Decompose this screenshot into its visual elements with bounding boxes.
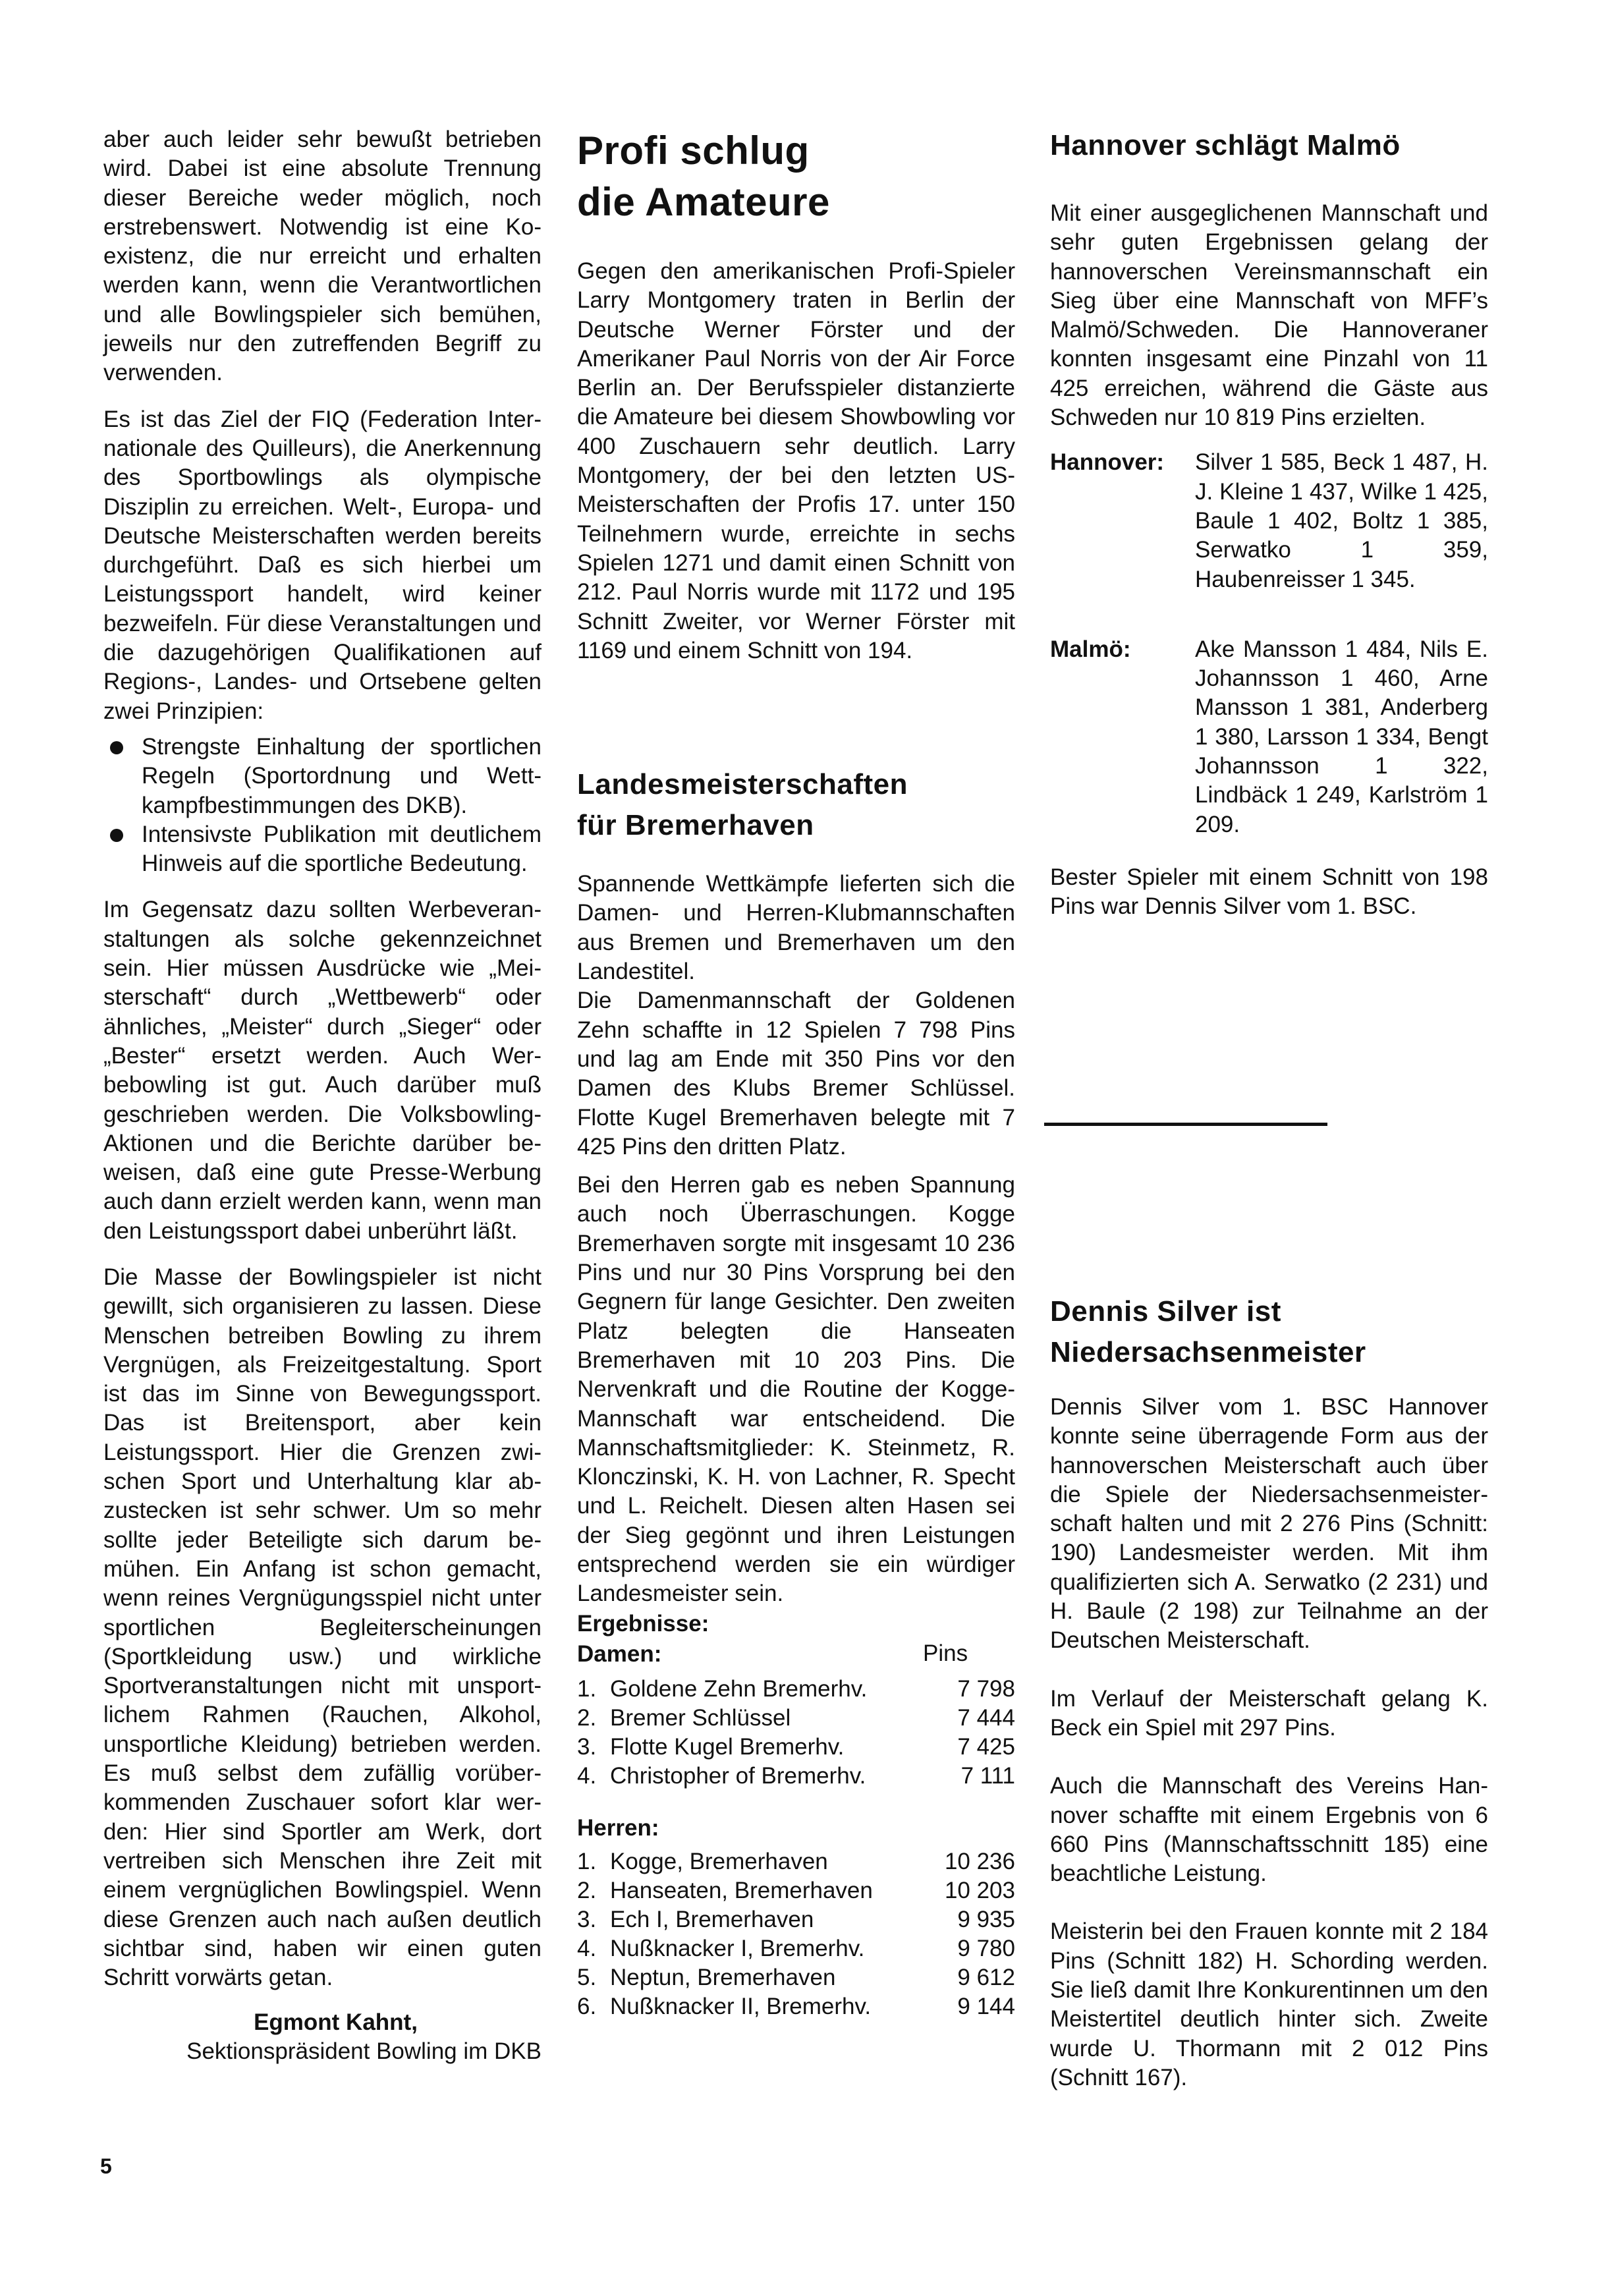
bullet-icon [110,829,123,842]
list-item: Intensivste Publikation mit deutli­chem … [103,820,542,879]
table-row: 2.Bremer Schlüssel7 444 [577,1704,1015,1733]
table-row: 3.Flotte Kugel Bremerhv.7 425 [577,1733,1015,1762]
column-3: Hannover schlägt Malmö Mit einer ausgegl… [1050,125,1488,922]
team-scores: Silver 1 585, Beck 1 487, H. J. Kleine 1… [1195,448,1488,594]
pins-column-header: Pins [923,1639,1015,1669]
best-player-note: Bester Spieler mit einem Schnitt von 198… [1050,863,1488,922]
article-landesmeisterschaften: Landesmeisterschaften für Bremerhaven Sp… [577,764,1015,2021]
article-dennis-silver: Dennis Silver ist Niedersachsenmeister D… [1050,1291,1488,2092]
team-label: Malmö: [1050,635,1195,839]
author-role: Sektionspräsident Bowling im DKB [103,2037,542,2066]
table-row: 4.Christopher of Bremerhv.7 111 [577,1762,1015,1791]
results-header-herren: Herren: [577,1813,1015,1843]
table-row: 1.Kogge, Bremerhaven10 236 [577,1847,1015,1876]
article-paragraph: Spannende Wettkämpfe lieferten sich die … [577,870,1015,986]
essay-paragraph: Im Gegensatz dazu sollten Werbeveran­sta… [103,895,542,1246]
article-paragraph: Dennis Silver vom 1. BSC Hannover konnte… [1050,1393,1488,1656]
column-2: Profi schlug die Amateure Gegen den amer… [577,125,1015,2021]
list-item: Strengste Einhaltung der sportlichen Reg… [103,733,542,820]
headline: Dennis Silver ist Niedersachsenmeister [1050,1291,1488,1373]
article-paragraph: Die Damenmannschaft der Goldenen Zehn sc… [577,986,1015,1162]
results-header-damen: Damen: Pins [577,1639,1015,1669]
bullet-icon [110,741,123,754]
essay-paragraph: aber auch leider sehr bewußt betrieben w… [103,125,542,388]
headline: Hannover schlägt Malmö [1050,125,1488,166]
article-paragraph: Bei den Herren gab es neben Spannung auc… [577,1171,1015,1608]
principles-list: Strengste Einhaltung der sportlichen Reg… [103,733,542,878]
table-row: 2.Hanseaten, Bremerhaven10 203 [577,1876,1015,1905]
article-paragraph: Meisterin bei den Frauen konnte mit 2 18… [1050,1917,1488,2092]
results-table: Ergebnisse: Damen: Pins 1.Goldene Zehn B… [577,1609,1015,2021]
essay-paragraph: Es ist das Ziel der FIQ (Federation Inte… [103,405,542,726]
table-row: 5.Neptun, Bremerhaven9 612 [577,1963,1015,1992]
article-body: Gegen den amerikanischen Profi-Spie­ler … [577,257,1015,665]
column-1-essay: aber auch leider sehr bewußt betrieben w… [103,125,542,2066]
article-paragraph: Auch die Mannschaft des Vereins Han­nove… [1050,1772,1488,1888]
table-row: 3.Ech I, Bremerhaven9 935 [577,1905,1015,1934]
table-row: 4.Nußknacker I, Bremerhv.9 780 [577,1934,1015,1963]
headline: Landesmeisterschaften für Bremerhaven [577,764,1015,846]
article-paragraph: Im Verlauf der Meisterschaft gelang K. B… [1050,1685,1488,1743]
page-number: 5 [100,2154,112,2179]
article-body: Mit einer ausgeglichenen Mannschaft und … [1050,199,1488,432]
team-label: Hannover: [1050,448,1195,594]
results-title: Ergebnisse: [577,1609,1015,1639]
author-name: Egmont Kahnt, [103,2008,542,2037]
hannover-lineup: Hannover: Silver 1 585, Beck 1 487, H. J… [1050,448,1488,594]
table-row: 1.Goldene Zehn Bremerhv.7 798 [577,1675,1015,1704]
team-scores: Ake Mansson 1 484, Nils E. Johannsson 1 … [1195,635,1488,839]
malmo-lineup: Malmö: Ake Mansson 1 484, Nils E. Johann… [1050,635,1488,839]
article-profi: Profi schlug die Amateure Gegen den amer… [577,125,1015,665]
section-divider [1044,1123,1327,1126]
table-row: 6.Nußknacker II, Bremerhv.9 144 [577,1992,1015,2021]
article-hannover-malmo: Hannover schlägt Malmö Mit einer ausgegl… [1050,125,1488,922]
essay-paragraph: Die Masse der Bowlingspieler ist nicht g… [103,1263,542,1992]
headline: Profi schlug die Amateure [577,125,1015,228]
